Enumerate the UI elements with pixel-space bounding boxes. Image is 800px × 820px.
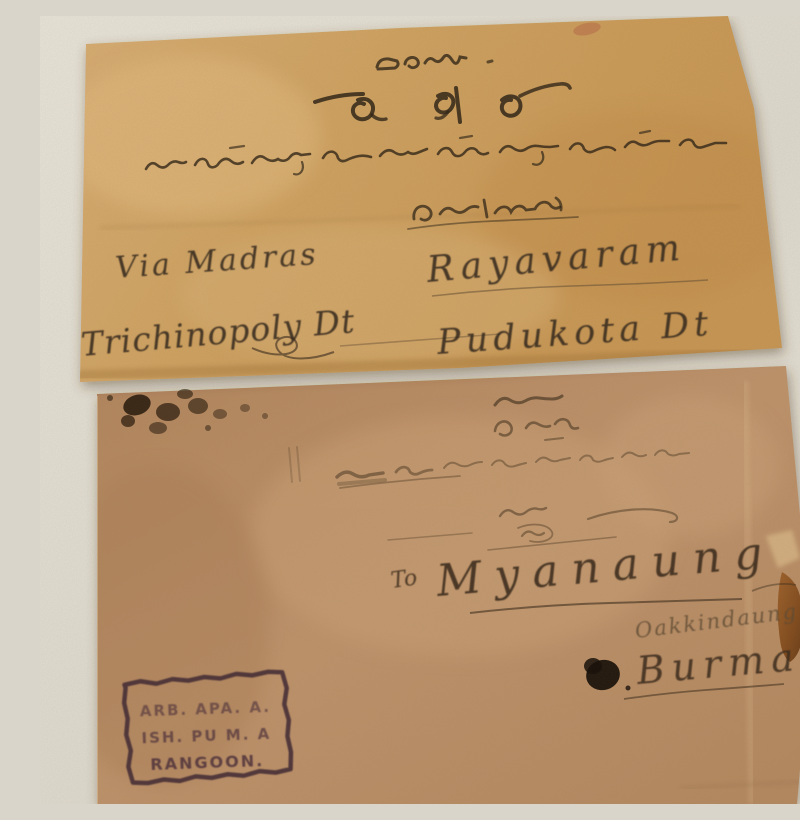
photo-grain-overlay — [40, 16, 800, 804]
photo-canvas: To Myanaung Oakkindaung Burma ARB. APA. … — [40, 16, 800, 804]
envelope-photo: To Myanaung Oakkindaung Burma ARB. APA. … — [40, 16, 800, 804]
